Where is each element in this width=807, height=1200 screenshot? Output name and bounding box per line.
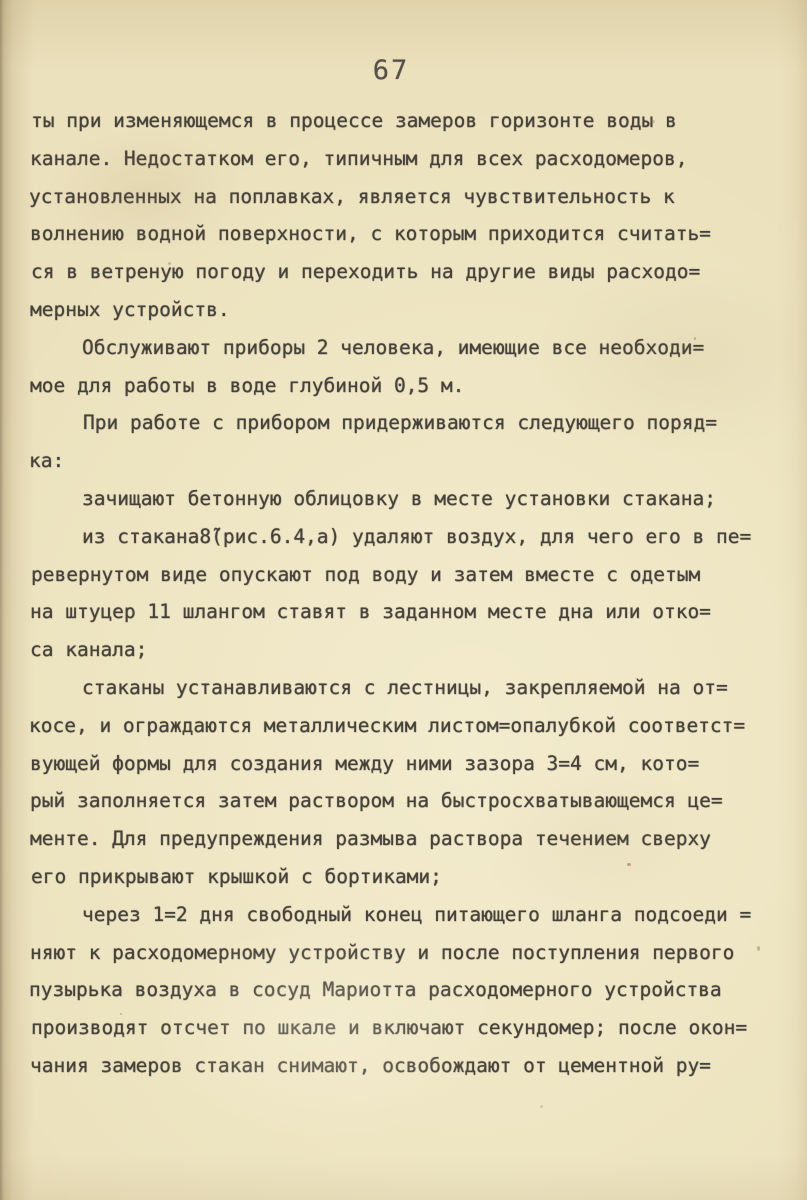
text-line: через 1=2 дня свободный конец питающего … [30, 896, 780, 934]
text-line: При работе с прибором придерживаются сле… [31, 404, 781, 442]
text-line: мерных устройств. [30, 291, 780, 329]
text-line: Обслуживают приборы 2 человека, имеющие … [30, 329, 780, 367]
text-line: пузырька воздуха в сосуд Мариотта расход… [29, 971, 779, 1009]
text-line: рый заполняется затем раствором на быстр… [30, 782, 780, 820]
text-line: вующей формы для создания между ними заз… [30, 745, 780, 783]
text-line: ты при изменяющемся в процессе замеров г… [31, 102, 781, 140]
text-line: няют к расходомерному устройству и после… [30, 934, 780, 972]
text-line: ка: [29, 442, 779, 480]
text-line: стаканы устанавливаются с лестницы, закр… [30, 669, 780, 707]
text-line: канале. Недостатком его, типичным для вс… [30, 140, 780, 178]
text-line: его прикрывают крышкой с бортиками; [31, 858, 781, 896]
text-line: волнению водной поверхности, с которым п… [30, 215, 780, 253]
text-line: зачищают бетонную облицовку в месте уста… [30, 480, 780, 518]
body-text: ты при изменяющемся в процессе замеров г… [30, 102, 780, 1085]
document-page: 67 ты при изменяющемся в процессе замеро… [0, 0, 807, 1200]
text-line: из стакана8̃(рис.6.4,а) удаляют воздух, … [30, 518, 780, 556]
text-line: косе, и ограждаются металлическим листом… [29, 707, 779, 745]
text-line: са канала; [30, 631, 780, 669]
text-line: производят отсчет по шкале и включают се… [31, 1009, 781, 1047]
text-line: мое для работы в воде глубиной 0,5 м. [30, 367, 780, 405]
text-line: на штуцер 11 шлангом ставят в заданном м… [30, 593, 780, 631]
text-line: установленных на поплавках, является чув… [29, 178, 779, 216]
text-line: ся в ветреную погоду и переходить на дру… [31, 253, 781, 291]
text-line: менте. Для предупреждения размыва раство… [30, 820, 780, 858]
text-line: чания замеров стакан снимают, освобождаю… [30, 1047, 780, 1085]
text-line: ревернутом виде опускают под воду и зате… [31, 556, 781, 594]
paper-speck [540, 1105, 543, 1108]
page-number: 67 [351, 57, 431, 84]
